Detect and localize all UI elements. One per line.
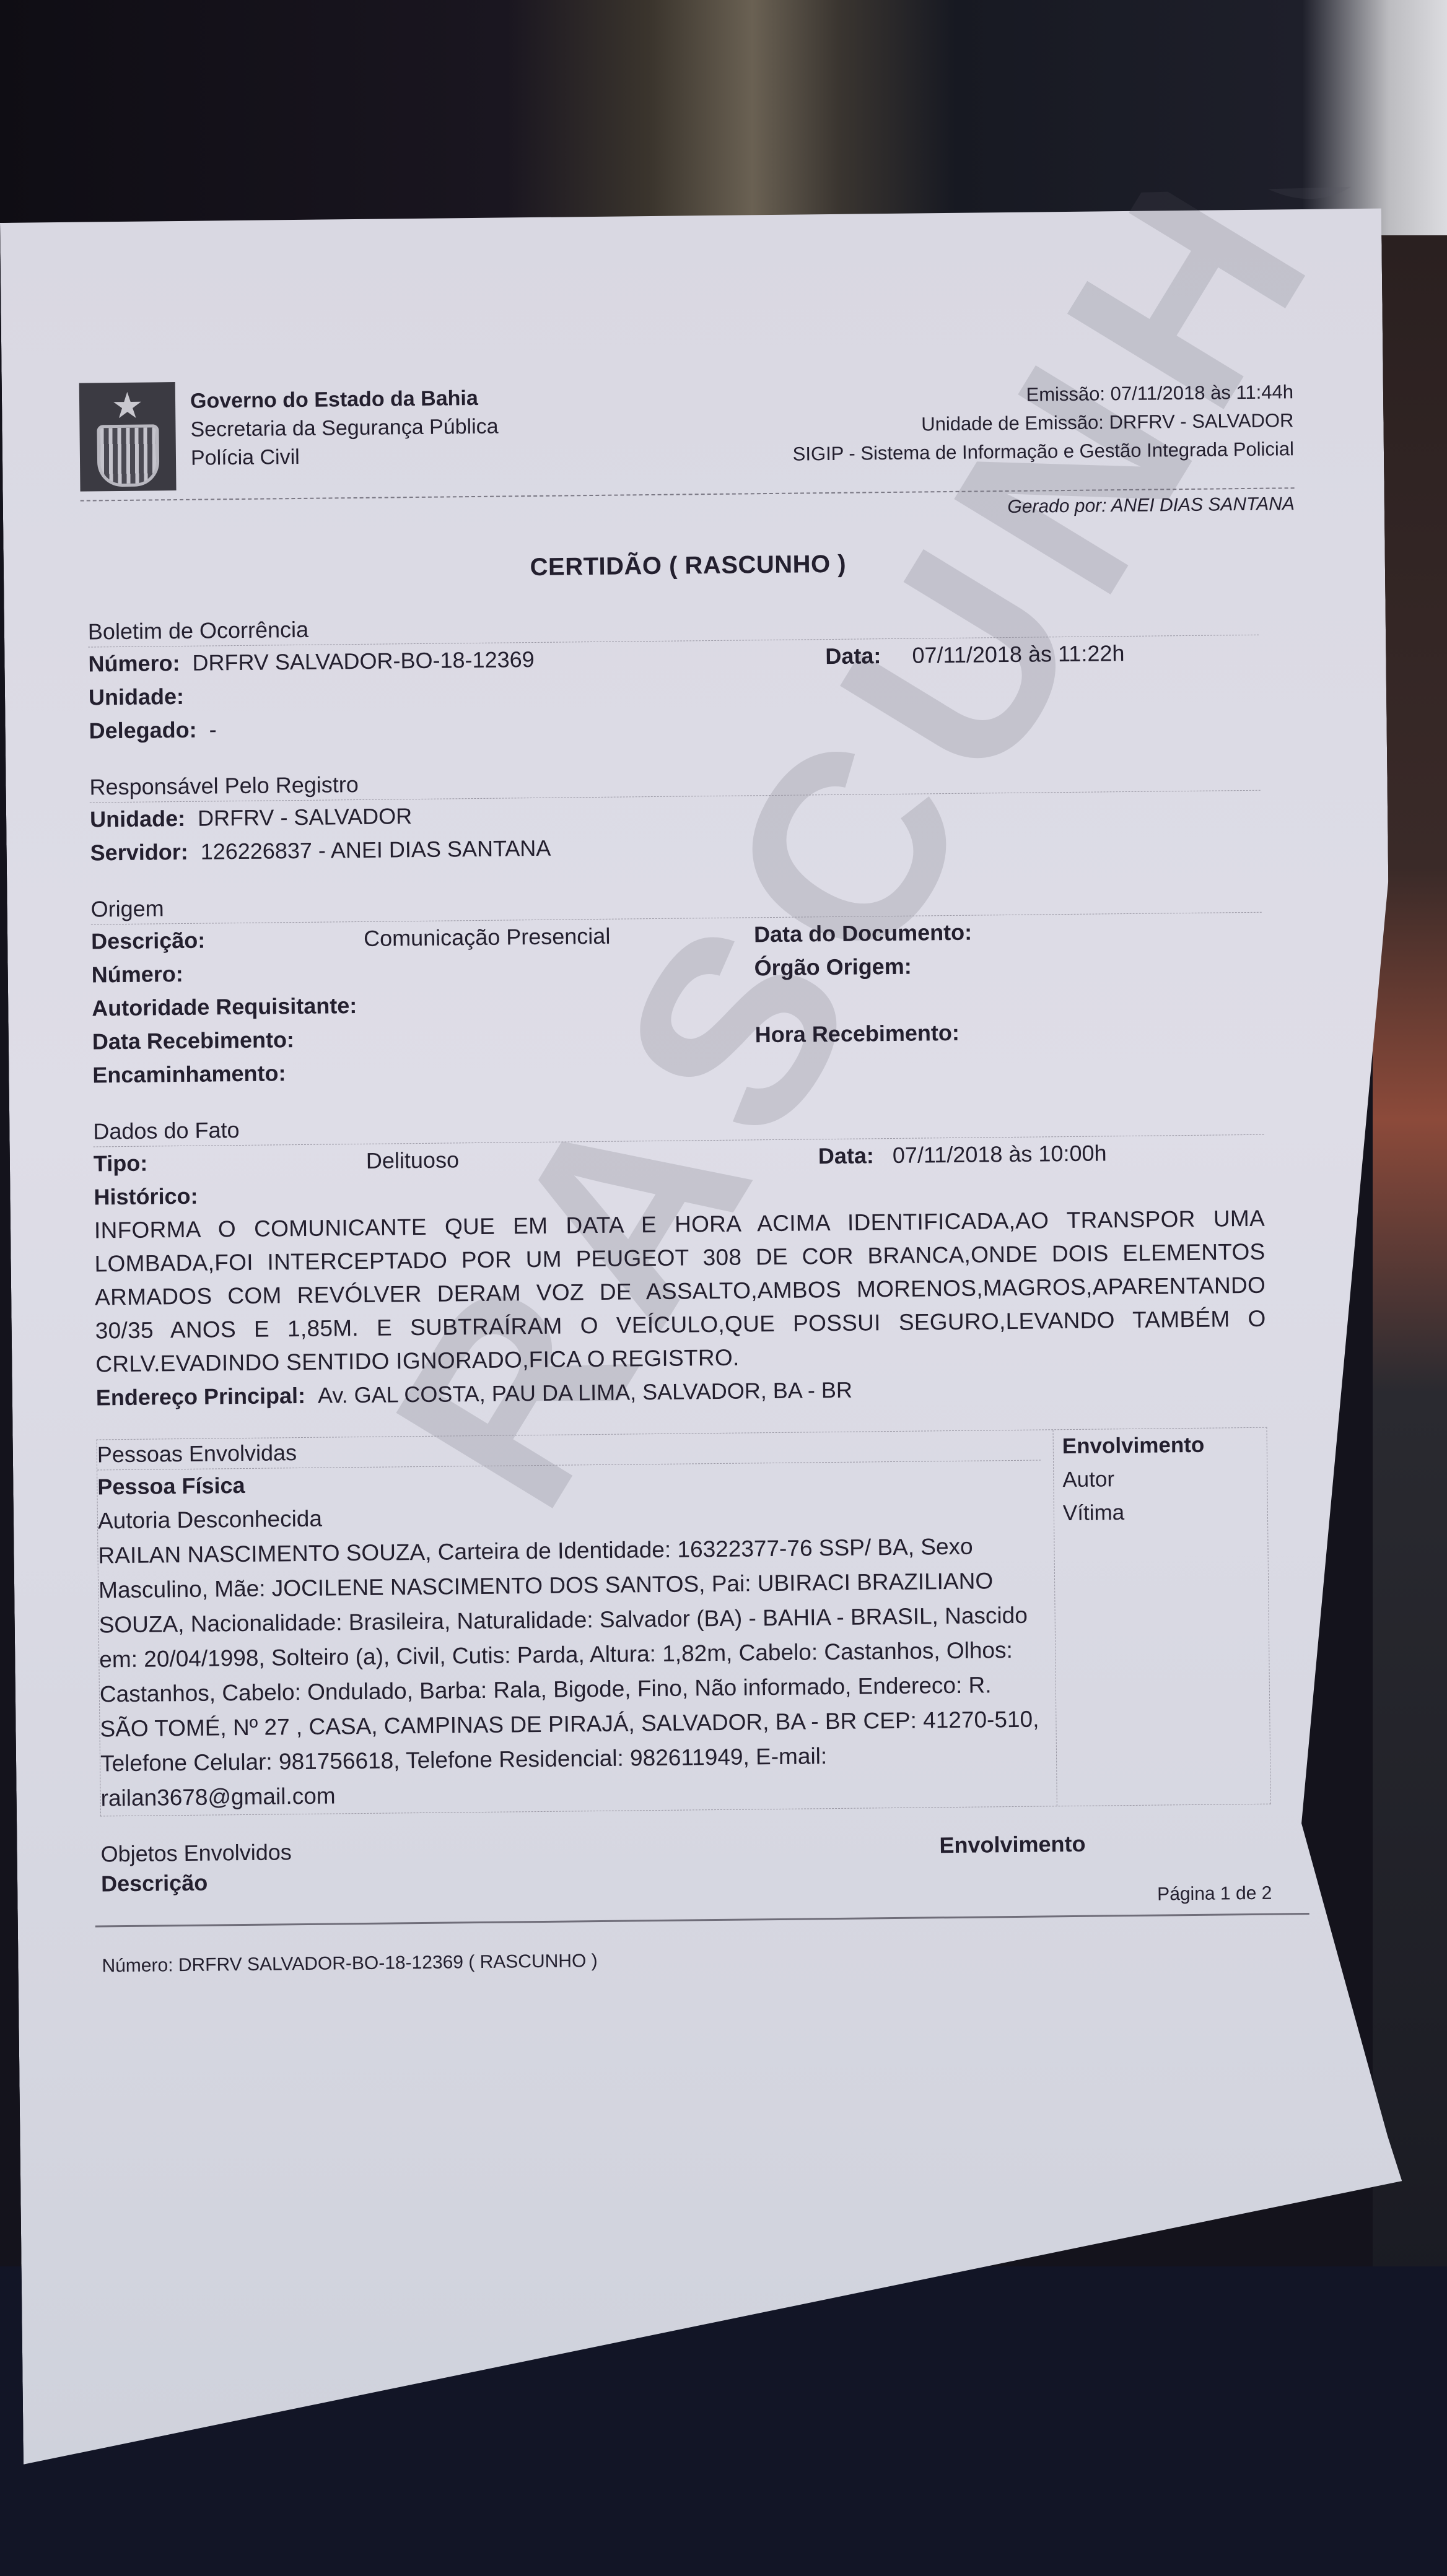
section-boletim: Boletim de Ocorrência Número: DRFRV SALV…	[88, 604, 1297, 747]
page-indicator: Página 1 de 2	[1157, 1883, 1272, 1905]
data-value: 07/11/2018 às 11:22h	[912, 640, 1124, 668]
section-pessoas: Pessoas Envolvidas Pessoa Física Autoria…	[97, 1427, 1308, 1816]
section-objetos: Objetos Envolvidos Envolvimento Descriçã…	[100, 1829, 1309, 1900]
org-secretariat: Secretaria da Segurança Pública	[190, 412, 499, 444]
org-police: Polícia Civil	[191, 441, 499, 472]
hora-recebimento-label: Hora Recebimento:	[755, 1013, 1264, 1052]
numero-label: Número:	[91, 957, 183, 992]
people-table: Pessoas Envolvidas Pessoa Física Autoria…	[97, 1427, 1271, 1817]
document-footer: Página 1 de 2 Número: DRFRV SALVADOR-BO-…	[95, 1913, 1310, 2003]
data-label: Data:	[818, 1142, 874, 1168]
star-icon: ★	[111, 387, 144, 425]
autoridade-label: Autoridade Requisitante:	[92, 989, 357, 1025]
section-fato: Dados do Fato Tipo: Delituoso Data: 07/1…	[93, 1104, 1304, 1414]
envolvimento-header: Envolvimento	[1062, 1428, 1267, 1463]
document-title: CERTIDÃO ( RASCUNHO )	[81, 546, 1295, 586]
person-entry: RAILAN NASCIMENTO SOUZA, Carteira de Ide…	[98, 1529, 1044, 1816]
objetos-title: Objetos Envolvidos	[100, 1839, 292, 1867]
unidade-value: DRFRV - SALVADOR	[198, 799, 413, 835]
pessoa-fisica-label: Pessoa Física	[97, 1469, 245, 1503]
state-coat-of-arms-icon: ★	[79, 382, 177, 492]
section-responsavel: Responsável Pelo Registro Unidade: DRFRV…	[89, 760, 1298, 869]
servidor-label: Servidor:	[90, 835, 188, 870]
footer-number: Número: DRFRV SALVADOR-BO-18-12369 ( RAS…	[102, 1951, 598, 1977]
document-header: ★ Governo do Estado da Bahia Secretaria …	[79, 370, 1295, 492]
tipo-value: Delituoso	[366, 1143, 460, 1178]
data-label: Data:	[825, 643, 881, 669]
org-government: Governo do Estado da Bahia	[190, 384, 499, 416]
unidade-label: Unidade:	[89, 680, 185, 715]
historico-label: Histórico:	[94, 1180, 198, 1214]
historico-text: INFORMA O COMUNICANTE QUE EM DATA E HORA…	[94, 1202, 1267, 1382]
endereco-label: Endereço Principal:	[96, 1379, 306, 1415]
delegado-label: Delegado:	[89, 713, 197, 748]
numero-value: DRFRV SALVADOR-BO-18-12369	[192, 643, 535, 680]
tipo-label: Tipo:	[94, 1144, 367, 1181]
endereco-value: Av. GAL COSTA, PAU DA LIMA, SALVADOR, BA…	[318, 1373, 852, 1412]
emission-block: Emissão: 07/11/2018 às 11:44h Unidade de…	[792, 370, 1294, 468]
envolvimento-value: Autor	[1062, 1461, 1267, 1497]
issuer-block: ★ Governo do Estado da Bahia Secretaria …	[79, 379, 499, 492]
printed-document: RASCUNHO ★ Governo do Estado da Bahia Se…	[0, 209, 1405, 2465]
document-sheet: ★ Governo do Estado da Bahia Secretaria …	[79, 370, 1310, 2003]
descricao-value: Comunicação Presencial	[364, 920, 611, 955]
data-documento-label: Data do Documento:	[754, 913, 1262, 952]
orgao-origem-label: Órgão Origem:	[754, 946, 1262, 985]
servidor-value: 126226837 - ANEI DIAS SANTANA	[200, 832, 551, 869]
encaminhamento-label: Encaminhamento:	[92, 1056, 286, 1092]
data-value: 07/11/2018 às 10:00h	[893, 1140, 1107, 1168]
shield-icon	[97, 424, 159, 487]
numero-label: Número:	[88, 646, 180, 681]
section-origem: Origem Descrição: Comunicação Presencial…	[90, 882, 1300, 1092]
unidade-label: Unidade:	[90, 802, 186, 837]
objetos-descricao-header: Descrição	[101, 1866, 208, 1901]
data-recebimento-label: Data Recebimento:	[92, 1023, 295, 1058]
envolvimento-value: Vítima	[1063, 1495, 1268, 1530]
system-name: SIGIP - Sistema de Informação e Gestão I…	[792, 435, 1294, 468]
delegado-value: -	[209, 713, 217, 746]
objetos-envolvimento-header: Envolvimento	[939, 1831, 1085, 1858]
descricao-label: Descrição:	[91, 922, 364, 959]
